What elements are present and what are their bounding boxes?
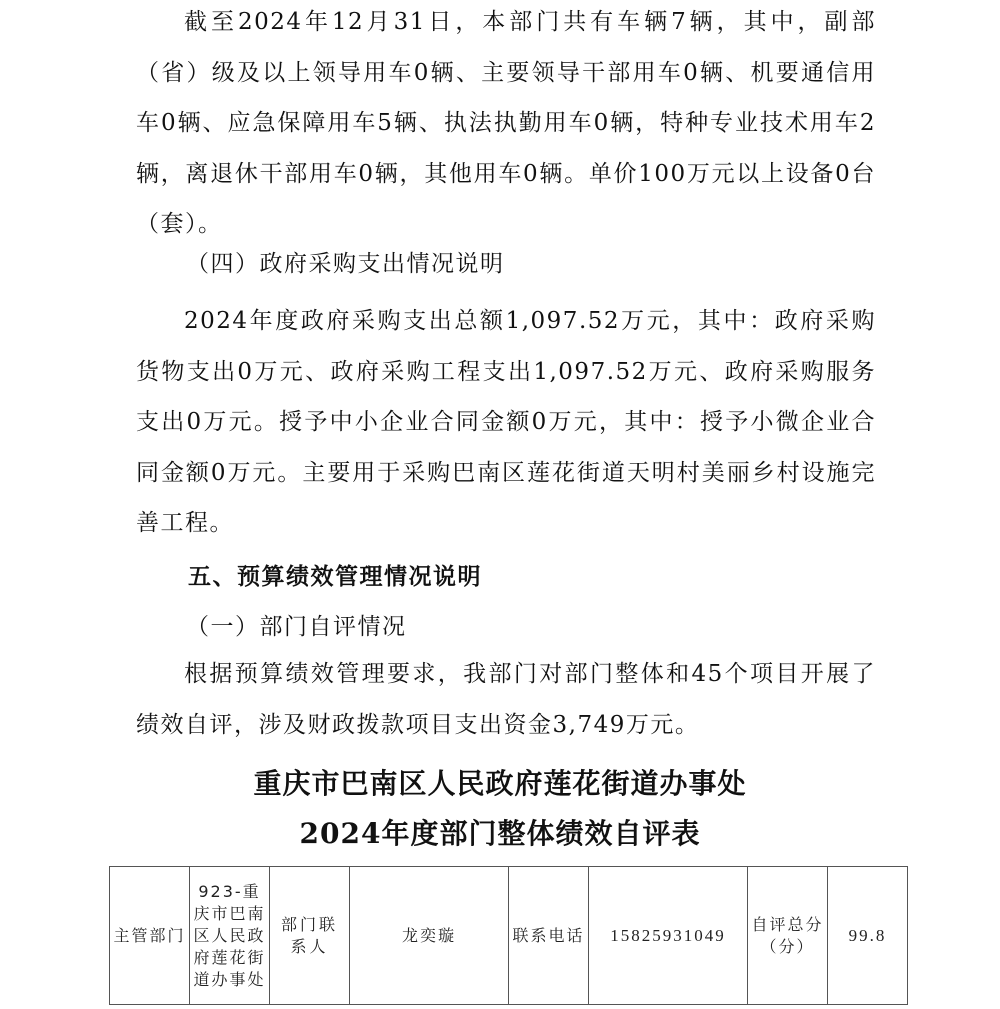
table-title-line2: 2024年度部门整体绩效自评表	[0, 812, 1000, 852]
table-row: 主管部门 923-重庆市巴南区人民政府莲花街道办事处 部门联系人 龙奕璇 联系电…	[110, 867, 908, 1005]
selfeval-paragraph: 根据预算绩效管理要求，我部门对部门整体和45个项目开展了绩效自评，涉及财政拨款项…	[136, 649, 876, 750]
document-page: 截至2024年12月31日，本部门共有车辆7辆，其中，副部（省）级及以上领导用车…	[0, 0, 1000, 1009]
contact-phone-label: 联系电话	[509, 867, 589, 1005]
self-evaluation-table: 主管部门 923-重庆市巴南区人民政府莲花街道办事处 部门联系人 龙奕璇 联系电…	[109, 866, 908, 1005]
procurement-paragraph: 2024年度政府采购支出总额1,097.52万元，其中：政府采购货物支出0万元、…	[136, 296, 876, 549]
procurement-heading: （四）政府采购支出情况说明	[186, 245, 505, 278]
total-score-value: 99.8	[828, 867, 908, 1005]
total-score-label: 自评总分（分）	[748, 867, 828, 1005]
contact-person-label: 部门联系人	[270, 867, 350, 1005]
contact-phone-value: 15825931049	[589, 867, 748, 1005]
section5-heading: 五、预算绩效管理情况说明	[188, 558, 482, 591]
vehicles-paragraph: 截至2024年12月31日，本部门共有车辆7辆，其中，副部（省）级及以上领导用车…	[136, 0, 876, 250]
contact-person-value: 龙奕璇	[350, 867, 509, 1005]
supervising-dept-label: 主管部门	[110, 867, 190, 1005]
table-title-line1: 重庆市巴南区人民政府莲花街道办事处	[0, 762, 1000, 802]
supervising-dept-value: 923-重庆市巴南区人民政府莲花街道办事处	[190, 867, 270, 1005]
selfeval-heading: （一）部门自评情况	[186, 608, 407, 641]
